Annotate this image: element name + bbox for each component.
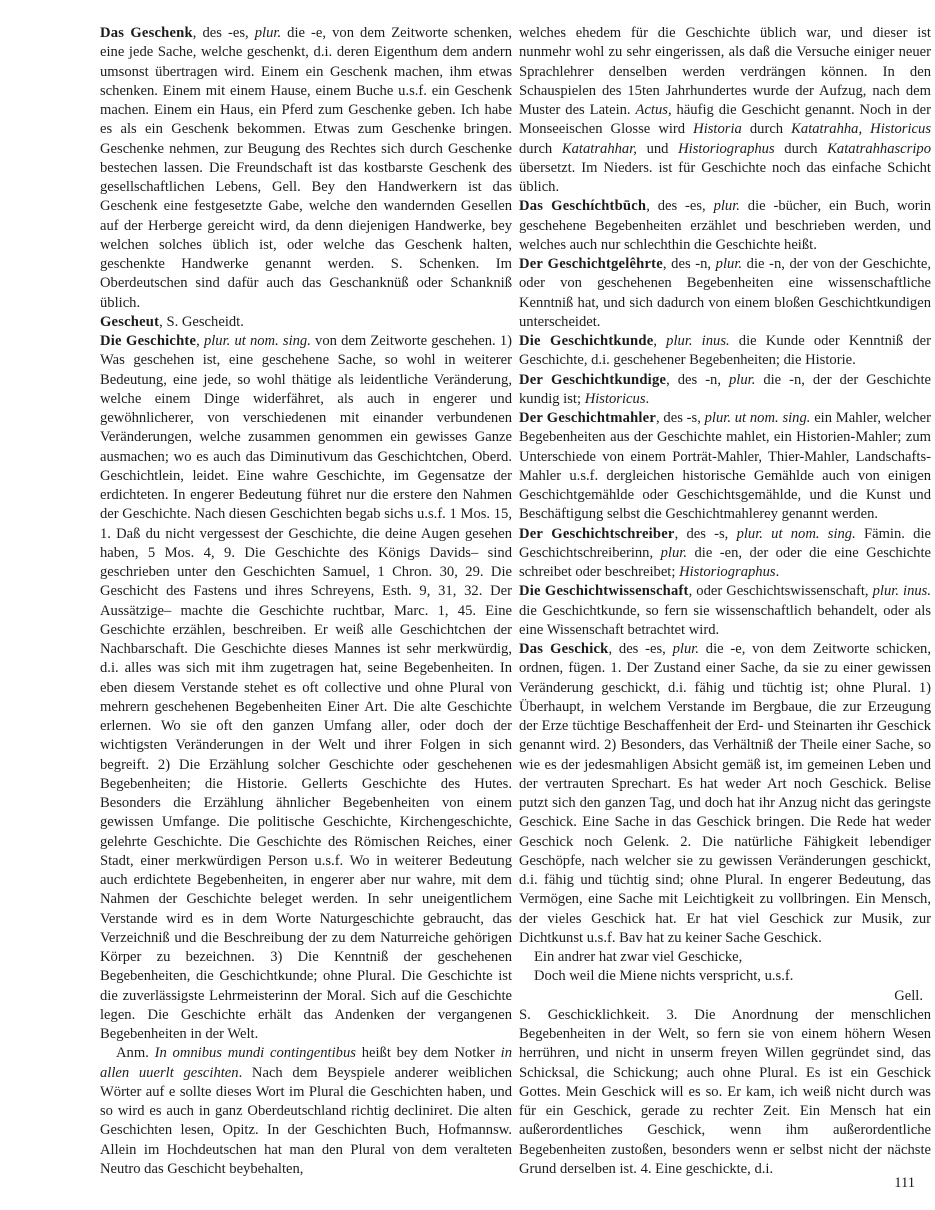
note-anmerkung-continuation: welches ehedem für die Geschichte üblich… bbox=[519, 24, 931, 197]
two-column-text-block: Das Geschenk, des -es, plur. die -e, von… bbox=[100, 24, 931, 1179]
dictionary-page: Das Geschenk, des -es, plur. die -e, von… bbox=[0, 0, 935, 1210]
page-number: 111 bbox=[894, 1174, 915, 1193]
entry-der-geschichtgelehrte: Der Geschichtgelêhrte, des -n, plur. die… bbox=[519, 255, 931, 332]
entry-das-geschichtbuch: Das Geschíchtbūch, des -es, plur. die -b… bbox=[519, 197, 931, 255]
entry-die-geschichte: Die Geschichte, plur. ut nom. sing. von … bbox=[100, 332, 512, 1044]
right-column: welches ehedem für die Geschichte üblich… bbox=[519, 24, 931, 1179]
entry-die-geschichtkunde: Die Geschichtkunde, plur. inus. die Kund… bbox=[519, 332, 931, 371]
entry-der-geschichtschreiber: Der Geschichtschreiber, des -s, plur. ut… bbox=[519, 525, 931, 583]
entry-gescheut: Gescheut, S. Gescheidt. bbox=[100, 313, 512, 332]
entry-das-geschenk: Das Geschenk, des -es, plur. die -e, von… bbox=[100, 24, 512, 313]
entry-die-geschichtwissenschaft: Die Geschichtwissenschaft, oder Geschich… bbox=[519, 582, 931, 640]
left-column: Das Geschenk, des -es, plur. die -e, von… bbox=[100, 24, 512, 1179]
entry-das-geschick: Das Geschick, des -es, plur. die -e, von… bbox=[519, 640, 931, 948]
verse-line-2: Doch weil die Miene nichts verspricht, u… bbox=[519, 967, 931, 986]
verse-line-1: Ein andrer hat zwar viel Geschicke, bbox=[519, 948, 931, 967]
entry-das-geschick-continuation: S. Geschicklichkeit. 3. Die Anordnung de… bbox=[519, 1006, 931, 1179]
citation-attribution: Gell. bbox=[519, 987, 931, 1006]
note-anmerkung: Anm. In omnibus mundi contingentibus hei… bbox=[100, 1044, 512, 1179]
entry-der-geschichtmahler: Der Geschichtmahler, des -s, plur. ut no… bbox=[519, 409, 931, 525]
entry-der-geschichtkundige: Der Geschichtkundige, des -n, plur. die … bbox=[519, 371, 931, 410]
